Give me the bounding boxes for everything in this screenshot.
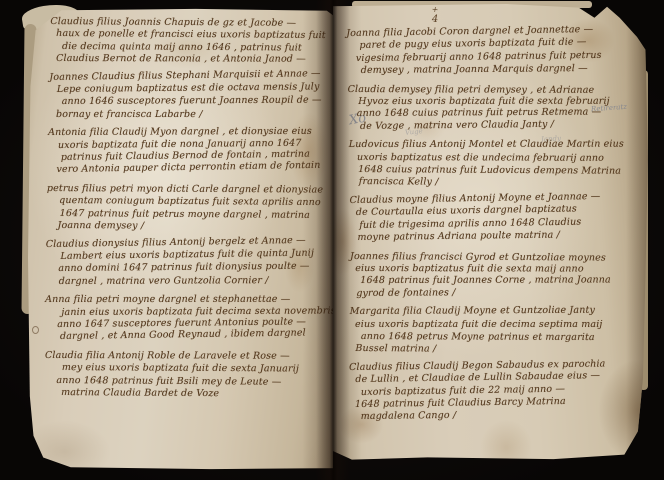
folio-number: + 4: [425, 6, 445, 25]
manuscript-line: moyne patrinus Adriana poulte matrina /: [357, 229, 642, 245]
manuscript-line: Ludovicus filius Antonij Montel et Claud…: [349, 139, 645, 152]
manuscript-line: Anna filia petri moyne dargnel et stepha…: [45, 294, 333, 307]
baptism-entry: Ludovicus filius Antonij Montel et Claud…: [347, 139, 643, 189]
baptism-entry: Claudia filia Antonij Roble de Laravele …: [48, 350, 336, 400]
baptism-entry: Joanna filia Jacobi Coron dargnel et Joa…: [347, 28, 643, 78]
manuscript-line: mey eius uxoris baptizata fuit die sexta…: [62, 362, 339, 376]
manuscript-page-right: + 4 Xo Retireratz Vuge Jandy Joanna fili…: [333, 4, 648, 461]
manuscript-line: dargnel , matrina vero Guntzolia Cornier…: [59, 275, 336, 289]
manuscript-line: bornay et francisca Labarbe /: [56, 109, 333, 122]
manuscript-line: Claudius Bernot de Ranconia , et Antonia…: [56, 53, 333, 66]
manuscript-line: Claudia filia Antonij Roble de Laravele …: [45, 350, 333, 363]
baptism-entry: Claudius moyne filius Antonij Moyne et J…: [347, 195, 643, 245]
manuscript-line: anno domini 1647 patrinus fuit dionysius…: [58, 261, 335, 276]
manuscript-line: eius uxoris baptizata fuit die decima se…: [355, 318, 640, 330]
baptism-entry: Margarita filia Claudij Moyne et Guntzol…: [347, 306, 643, 356]
manuscript-line: matrina Claudia Bardet de Voze: [61, 387, 338, 401]
baptism-entry: Claudius filius Claudij Begon Sabaudus e…: [347, 362, 643, 424]
manuscript-line: Margarita filia Claudij Moyne et Guntzol…: [350, 305, 646, 319]
manuscript-line: demysey , matrina Joanna Marquis dargnel…: [361, 63, 646, 78]
manuscript-line: francisca Kelly /: [359, 176, 644, 191]
right-page-text: Joanna filia Jacobi Coron dargnel et Joa…: [347, 28, 643, 430]
manuscript-line: dargnel , et Anna Good Reynaud , ibidem …: [60, 327, 337, 343]
baptism-entry: Joannes Claudius filius Stephani Marquis…: [48, 72, 336, 122]
manuscript-line: Bussel matrina /: [355, 343, 640, 357]
baptism-entry: Claudius filius Joannis Chapuis de gz et…: [48, 16, 336, 66]
baptism-entry: Claudia demysey filia petri demysey , et…: [347, 84, 643, 134]
baptism-entry: petrus filius petri myon dicti Carle dar…: [48, 183, 336, 233]
manuscript-line: anno 1646 susceptores fuerunt Joannes Ro…: [62, 95, 339, 109]
manuscript-line: de Vozge , matrina vero Claudia Janty /: [360, 118, 645, 134]
baptism-entry: Joannes filius francisci Gyrod et Guntzo…: [347, 251, 643, 301]
baptism-entry: Antonia filia Claudij Myon dargnel , et …: [48, 127, 336, 177]
manuscript-page-left: Claudius filius Joannis Chapuis de gz et…: [28, 8, 333, 470]
scanned-manuscript-spread: Claudius filius Joannis Chapuis de gz et…: [0, 0, 664, 480]
ink-fleck: [32, 326, 39, 334]
folio-number-digit: 4: [425, 14, 445, 25]
manuscript-line: uxoris baptizatus est die undecima febru…: [357, 152, 642, 165]
baptism-entry: Anna filia petri moyne dargnel et stepha…: [48, 294, 336, 344]
manuscript-line: vero Antonia pauper dicta perrontin etia…: [56, 160, 333, 177]
baptism-entry: Claudius dionysius filius Antonij bergel…: [48, 239, 336, 289]
left-page-text: Claudius filius Joannis Chapuis de gz et…: [48, 16, 336, 405]
manuscript-line: Joanna demysey /: [57, 220, 334, 234]
manuscript-line: magdalena Cango /: [361, 408, 646, 424]
manuscript-line: gyrod de fontaines /: [356, 286, 641, 301]
